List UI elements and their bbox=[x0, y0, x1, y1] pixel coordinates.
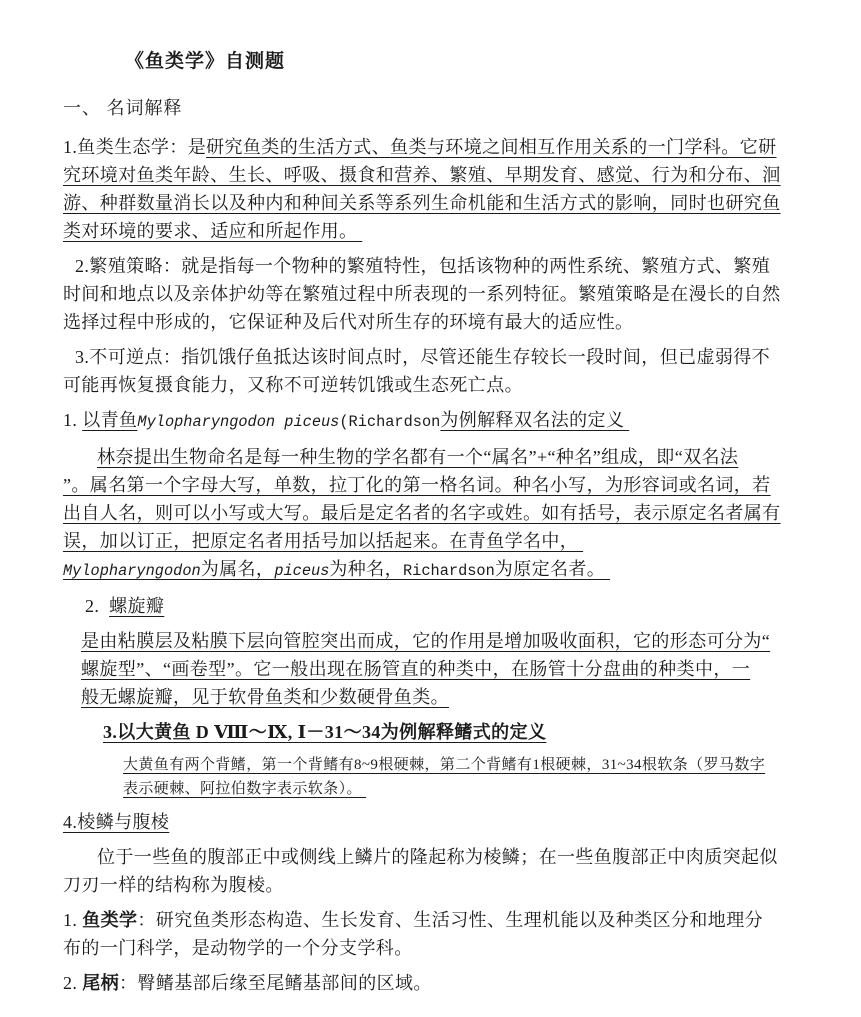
text-segment: 般无螺旋瓣，见于软骨鱼类和少数硬骨鱼类。 bbox=[81, 687, 449, 707]
text-segment: 刀刃一样的结构称为腹棱。 bbox=[63, 875, 284, 895]
text-line: 般无螺旋瓣，见于软骨鱼类和少数硬骨鱼类。 bbox=[81, 683, 803, 711]
text-segment: 为原定名者。 bbox=[495, 559, 610, 579]
para-caudal-peduncle: 2. 尾柄：臀鳍基部后缘至尾鳍基部间的区域。 bbox=[63, 969, 803, 997]
document-page: 《鱼类学》自测题 一、 名词解释 1.鱼类生态学：是研究鱼类的生活方式、鱼类与环… bbox=[0, 0, 861, 1017]
latin-species-name: Mylopharyngodon bbox=[63, 562, 201, 580]
text-line: 1. 鱼类学：研究鱼类形态构造、生长发育、生活习性、生理机能以及种类区分和地理分 bbox=[63, 906, 803, 934]
text-line: 林奈提出生物命名是每一种生物的学名都有一个“属名”+“种名”组成，即“双名法 bbox=[63, 443, 803, 471]
heading-keeled-scales: 4.棱鳞与腹棱 bbox=[63, 808, 803, 836]
heading-binomial-nomenclature: 1. 以青鱼Mylopharyngodon piceus(Richardson为… bbox=[63, 406, 803, 436]
text-line: 2. 尾柄：臀鳍基部后缘至尾鳍基部间的区域。 bbox=[63, 969, 803, 997]
text-line: 刀刃一样的结构称为腹棱。 bbox=[63, 871, 803, 899]
text-segment: 以青鱼 bbox=[82, 410, 137, 430]
para-spiral-valve: 是由粘膜层及粘膜下层向管腔突出而成，它的作用是增加吸收面积，它的形态可分为“螺旋… bbox=[81, 627, 803, 711]
text-line: 3.不可逆点：指饥饿仔鱼抵达该时间点时，尽管还能生存较长一段时间，但已虚弱得不 bbox=[63, 343, 803, 371]
text-segment: 林奈提出生物命名是每一种生物的学名都有一个“属名”+“种名”组成，即“双名法 bbox=[97, 447, 738, 467]
text-segment: 出自人名，则可以小写或大写。最后是定名者的名字或姓。如有括号，表示原定名者属有 bbox=[63, 503, 781, 523]
text-line: 游、种群数量消长以及种内和种间关系等系列生命机能和生活方式的影响，同时也研究鱼 bbox=[63, 189, 803, 217]
para-keeled-scales: 位于一些鱼的腹部正中或侧线上鳞片的隆起称为棱鳞；在一些鱼腹部正中肉质突起似刀刃一… bbox=[63, 843, 803, 899]
text-segment: 为属名， bbox=[201, 559, 275, 579]
text-segment: 时间和地点以及亲体护幼等在繁殖过程中所表现的一系列特征。繁殖策略是在漫长的自然 bbox=[63, 284, 781, 304]
text-line: 1. 以青鱼Mylopharyngodon piceus(Richardson为… bbox=[63, 406, 803, 436]
text-line: 布的一门科学，是动物学的一个分支学科。 bbox=[63, 934, 803, 962]
text-line: 类对环境的要求、适应和所起作用。 bbox=[63, 217, 803, 245]
text-segment: 游、种群数量消长以及种内和种间关系等系列生命机能和生活方式的影响，同时也研究鱼 bbox=[63, 193, 781, 213]
text-segment: 究环境对鱼类年龄、生长、呼吸、摄食和营养、繁殖、早期发育、感觉、行为和分布、洄 bbox=[63, 165, 781, 185]
text-segment: 螺旋瓣 bbox=[109, 596, 164, 616]
text-line: 1.鱼类生态学：是研究鱼类的生活方式、鱼类与环境之间相互作用关系的一门学科。它研 bbox=[63, 133, 803, 161]
text-segment: 表示硬棘、阿拉伯数字表示软条）。 bbox=[123, 781, 366, 797]
text-line: 究环境对鱼类年龄、生长、呼吸、摄食和营养、繁殖、早期发育、感觉、行为和分布、洄 bbox=[63, 161, 803, 189]
para-fin-formula: 大黄鱼有两个背鳍，第一个背鳍有8~9根硬棘，第二个背鳍有1根硬棘，31~34根软… bbox=[123, 753, 803, 801]
text-line: 2.繁殖策略：就是指每一个物种的繁殖特性，包括该物种的两性系统、繁殖方式、繁殖 bbox=[63, 252, 803, 280]
text-line: 3.以大黄鱼 D Ⅷ～Ⅸ, Ⅰ－31～34为例解释鳍式的定义 bbox=[103, 718, 803, 746]
text-segment: 1. bbox=[63, 410, 82, 430]
heading-spiral-valve: 2. 螺旋瓣 bbox=[85, 592, 803, 620]
text-segment: ”。属名第一个字母大写，单数，拉丁化的第一格名词。种名小写，为形容词或名词，若 bbox=[63, 475, 771, 495]
text-segment: 2. bbox=[85, 596, 109, 616]
text-segment: 鱼类学 bbox=[82, 910, 137, 930]
text-segment: 2. bbox=[63, 973, 82, 993]
document-blocks: 1.鱼类生态学：是研究鱼类的生活方式、鱼类与环境之间相互作用关系的一门学科。它研… bbox=[63, 133, 803, 997]
text-segment: 为例解释双名法的定义 bbox=[440, 410, 629, 430]
text-segment: 为种名， bbox=[329, 559, 403, 579]
text-segment: 误，加以订正，把原定名者用括号加以括起来。在青鱼学名中， bbox=[63, 531, 583, 551]
text-segment: 3.以大黄鱼 D Ⅷ～Ⅸ, Ⅰ－31～34为例解释鳍式的定义 bbox=[103, 722, 546, 742]
text-segment: 研究鱼类的生活方式、鱼类与环境之间相互作用关系的一门学科。它研 bbox=[206, 137, 776, 157]
para-binomial-explanation: 林奈提出生物命名是每一种生物的学名都有一个“属名”+“种名”组成，即“双名法”。… bbox=[63, 443, 803, 585]
text-segment: ：臀鳍基部后缘至尾鳍基部间的区域。 bbox=[119, 973, 432, 993]
text-segment: ：研究鱼类形态构造、生长发育、生活习性、生理机能以及种类区分和地理分 bbox=[137, 910, 763, 930]
text-segment: 布的一门科学，是动物学的一个分支学科。 bbox=[63, 938, 413, 958]
text-line: 是由粘膜层及粘膜下层向管腔突出而成，它的作用是增加吸收面积，它的形态可分为“ bbox=[81, 627, 803, 655]
text-line: 2. 螺旋瓣 bbox=[85, 592, 803, 620]
text-segment: 类对环境的要求、适应和所起作用。 bbox=[63, 221, 362, 241]
text-line: 位于一些鱼的腹部正中或侧线上鳞片的隆起称为棱鳞；在一些鱼腹部正中肉质突起似 bbox=[63, 843, 803, 871]
text-line: 可能再恢复摄食能力，又称不可逆转饥饿或生态死亡点。 bbox=[63, 371, 803, 399]
latin-species-name: (Richardson bbox=[339, 413, 440, 431]
text-line: 螺旋型”、“画卷型”。它一般出现在肠管直的种类中，在肠管十分盘曲的种类中，一 bbox=[81, 655, 803, 683]
text-line: 表示硬棘、阿拉伯数字表示软条）。 bbox=[123, 777, 803, 801]
latin-species-name: Richardson bbox=[403, 562, 495, 580]
document-title: 《鱼类学》自测题 bbox=[125, 46, 803, 73]
text-line: ”。属名第一个字母大写，单数，拉丁化的第一格名词。种名小写，为形容词或名词，若 bbox=[63, 471, 803, 499]
text-line: 选择过程中形成的，它保证种及后代对所生存的环境有最大的适应性。 bbox=[63, 308, 803, 336]
text-line: Mylopharyngodon为属名，piceus为种名，Richardson为… bbox=[63, 555, 803, 585]
para-reproductive-strategy: 2.繁殖策略：就是指每一个物种的繁殖特性，包括该物种的两性系统、繁殖方式、繁殖时… bbox=[63, 252, 803, 336]
para-ichthyology: 1. 鱼类学：研究鱼类形态构造、生长发育、生活习性、生理机能以及种类区分和地理分… bbox=[63, 906, 803, 962]
para-point-of-no-return: 3.不可逆点：指饥饿仔鱼抵达该时间点时，尽管还能生存较长一段时间，但已虚弱得不可… bbox=[63, 343, 803, 399]
text-segment: 2.繁殖策略：就是指每一个物种的繁殖特性，包括该物种的两性系统、繁殖方式、繁殖 bbox=[75, 256, 770, 276]
text-segment: 1. bbox=[63, 910, 82, 930]
text-segment: 螺旋型”、“画卷型”。它一般出现在肠管直的种类中，在肠管十分盘曲的种类中，一 bbox=[81, 659, 750, 679]
text-segment: 1.鱼类生态学：是 bbox=[63, 137, 206, 157]
text-line: 时间和地点以及亲体护幼等在繁殖过程中所表现的一系列特征。繁殖策略是在漫长的自然 bbox=[63, 280, 803, 308]
text-segment: 大黄鱼有两个背鳍，第一个背鳍有8~9根硬棘，第二个背鳍有1根硬棘，31~34根软… bbox=[123, 757, 765, 773]
text-segment: 选择过程中形成的，它保证种及后代对所生存的环境有最大的适应性。 bbox=[63, 312, 633, 332]
section-heading: 一、 名词解释 bbox=[63, 94, 803, 120]
text-line: 误，加以订正，把原定名者用括号加以括起来。在青鱼学名中， bbox=[63, 527, 803, 555]
text-line: 出自人名，则可以小写或大写。最后是定名者的名字或姓。如有括号，表示原定名者属有 bbox=[63, 499, 803, 527]
text-segment: 3.不可逆点：指饥饿仔鱼抵达该时间点时，尽管还能生存较长一段时间，但已虚弱得不 bbox=[75, 347, 770, 367]
text-segment: 位于一些鱼的腹部正中或侧线上鳞片的隆起称为棱鳞；在一些鱼腹部正中肉质突起似 bbox=[97, 847, 778, 867]
text-line: 大黄鱼有两个背鳍，第一个背鳍有8~9根硬棘，第二个背鳍有1根硬棘，31~34根软… bbox=[123, 753, 803, 777]
latin-species-name: Mylopharyngodon piceus bbox=[137, 413, 339, 431]
latin-species-name: piceus bbox=[274, 562, 329, 580]
text-segment: 可能再恢复摄食能力，又称不可逆转饥饿或生态死亡点。 bbox=[63, 375, 523, 395]
text-segment: 4.棱鳞与腹棱 bbox=[63, 812, 169, 832]
text-line: 4.棱鳞与腹棱 bbox=[63, 808, 803, 836]
text-segment: 是由粘膜层及粘膜下层向管腔突出而成，它的作用是增加吸收面积，它的形态可分为“ bbox=[81, 631, 770, 651]
heading-fin-formula: 3.以大黄鱼 D Ⅷ～Ⅸ, Ⅰ－31～34为例解释鳍式的定义 bbox=[103, 718, 803, 746]
para-fish-ecology: 1.鱼类生态学：是研究鱼类的生活方式、鱼类与环境之间相互作用关系的一门学科。它研… bbox=[63, 133, 803, 245]
text-segment: 尾柄 bbox=[82, 973, 119, 993]
